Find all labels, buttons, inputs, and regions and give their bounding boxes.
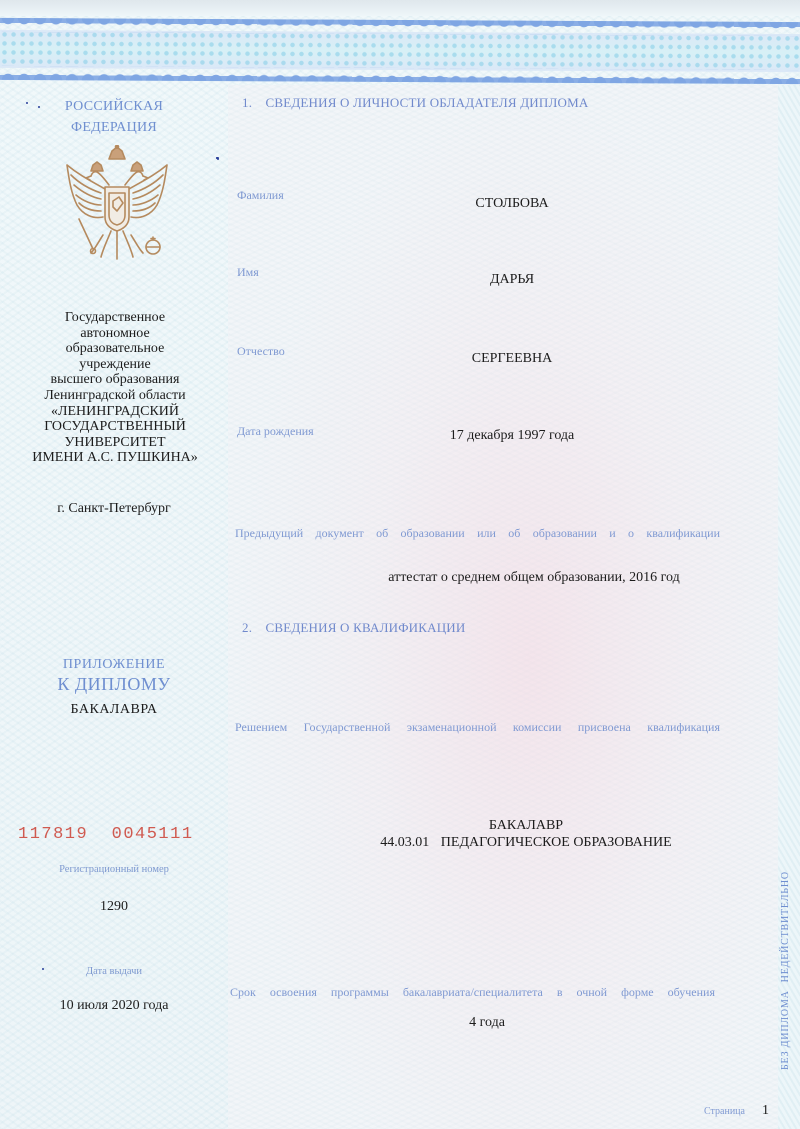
scan-speck bbox=[26, 102, 28, 104]
study-term-label: Срок освоения программы бакалавриата/спе… bbox=[230, 985, 715, 1000]
surname-value: СТОЛБОВА bbox=[232, 196, 792, 212]
qualification-value: БАКАЛАВР bbox=[276, 818, 776, 834]
validity-note: БЕЗ ДИПЛОМАНЕДЕЙСТВИТЕЛЬНО bbox=[780, 871, 791, 1070]
name-value: ДАРЬЯ bbox=[232, 272, 792, 288]
issue-date-label: Дата выдачи bbox=[0, 966, 228, 977]
issuer-city: г. Санкт-Петербург bbox=[0, 501, 228, 517]
issuer-line: Ленинградской области bbox=[20, 388, 210, 404]
issuer-line: «ЛЕНИНГРАДСКИЙ bbox=[20, 404, 210, 420]
section-1-title: СВЕДЕНИЯ О ЛИЧНОСТИ ОБЛАДАТЕЛЯ ДИПЛОМА bbox=[265, 95, 588, 110]
page-number: 1 bbox=[762, 1103, 769, 1119]
issuer-name: Государственное автономное образовательн… bbox=[20, 310, 210, 466]
issuer-line: Государственное bbox=[20, 310, 210, 326]
section-1-heading: 1. СВЕДЕНИЯ О ЛИЧНОСТИ ОБЛАДАТЕЛЯ ДИПЛОМ… bbox=[242, 95, 588, 111]
previous-document-label: Предыдущий документ об образовании или о… bbox=[235, 526, 720, 541]
scan-speck bbox=[42, 968, 44, 970]
section-2-number: 2. bbox=[242, 620, 262, 636]
validity-note-part-2: НЕДЕЙСТВИТЕЛЬНО bbox=[780, 871, 791, 982]
degree-level: БАКАЛАВРА bbox=[0, 702, 228, 718]
qualification-label: Решением Государственной экзаменационной… bbox=[235, 720, 720, 735]
decorative-top-band bbox=[0, 0, 800, 90]
section-2-title: СВЕДЕНИЯ О КВАЛИФИКАЦИИ bbox=[265, 620, 465, 635]
scan-speck bbox=[217, 158, 219, 160]
scan-speck bbox=[38, 106, 40, 108]
appendix-title-line-1: ПРИЛОЖЕНИЕ bbox=[0, 657, 228, 673]
band-edge bbox=[0, 0, 800, 16]
patronymic-value: СЕРГЕЕВНА bbox=[232, 351, 792, 367]
issuer-line: УНИВЕРСИТЕТ bbox=[20, 435, 210, 451]
study-term-value: 4 года bbox=[217, 1015, 757, 1031]
issuer-line: ГОСУДАРСТВЕННЫЙ bbox=[20, 419, 210, 435]
program-code: 44.03.01 bbox=[380, 835, 429, 850]
russian-coat-of-arms-icon bbox=[57, 145, 177, 265]
issue-date: 10 июля 2020 года bbox=[0, 998, 228, 1014]
validity-note-part-1: БЕЗ ДИПЛОМА bbox=[780, 990, 791, 1070]
page-label: Страница bbox=[704, 1106, 745, 1117]
program-name: ПЕДАГОГИЧЕСКОЕ ОБРАЗОВАНИЕ bbox=[441, 835, 672, 850]
serial-number: 117819 0045111 bbox=[18, 825, 194, 844]
issuer-line: учреждение bbox=[20, 357, 210, 373]
issuer-line: автономное bbox=[20, 326, 210, 342]
issuer-line: образовательное bbox=[20, 341, 210, 357]
program-value: 44.03.01 ПЕДАГОГИЧЕСКОЕ ОБРАЗОВАНИЕ bbox=[276, 835, 776, 851]
appendix-title-line-2: К ДИПЛОМУ bbox=[0, 674, 228, 695]
issuer-line: ИМЕНИ А.С. ПУШКИНА» bbox=[20, 450, 210, 466]
left-panel: РОССИЙСКАЯ ФЕДЕРАЦИЯ bbox=[0, 85, 228, 1129]
registration-number-label: Регистрационный номер bbox=[0, 864, 228, 875]
country-line-1: РОССИЙСКАЯ bbox=[0, 99, 228, 115]
issuer-line: высшего образования bbox=[20, 372, 210, 388]
main-panel bbox=[228, 85, 778, 1129]
section-2-heading: 2. СВЕДЕНИЯ О КВАЛИФИКАЦИИ bbox=[242, 620, 465, 636]
country-line-2: ФЕДЕРАЦИЯ bbox=[0, 120, 228, 136]
previous-document-value: аттестат о среднем общем образовании, 20… bbox=[284, 570, 784, 586]
registration-number: 1290 bbox=[0, 899, 228, 915]
section-1-number: 1. bbox=[242, 95, 262, 111]
band-wave-bottom bbox=[0, 66, 800, 84]
birth-date-value: 17 декабря 1997 года bbox=[232, 428, 792, 444]
